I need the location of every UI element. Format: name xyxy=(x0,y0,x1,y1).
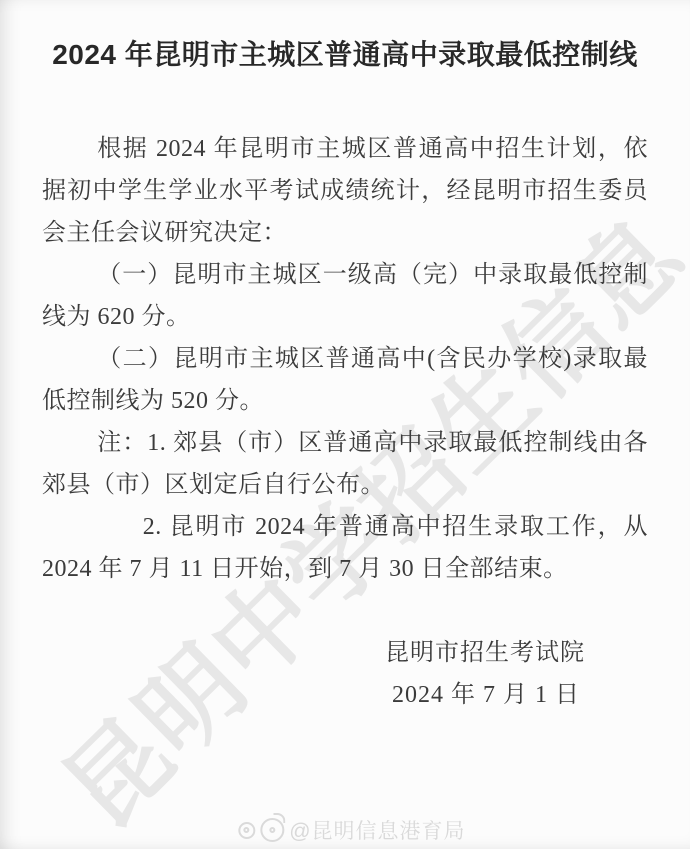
issue-date: 2024 年 7 月 1 日 xyxy=(42,674,648,716)
weibo-watermark: @昆明信息港育局 xyxy=(238,815,465,845)
paragraph-group: 根据 2024 年昆明市主城区普通高中招生计划，依据初中学生学业水平考试成绩统计… xyxy=(42,128,648,590)
paragraph-note-1: 注：1. 郊县（市）区普通高中录取最低控制线由各郊县（市）区划定后自行公布。 xyxy=(42,422,648,506)
document-page: 昆明中学招生信息 2024 年昆明市主城区普通高中录取最低控制线 根据 2024… xyxy=(0,0,690,849)
paragraph-item-2: （二）昆明市主城区普通高中(含民办学校)录取最低控制线为 520 分。 xyxy=(42,338,648,422)
weibo-eye-icon xyxy=(238,822,255,839)
signature-block: 昆明市招生考试院 2024 年 7 月 1 日 xyxy=(42,632,648,716)
paragraph-note-2: 2. 昆明市 2024 年普通高中招生录取工作，从 2024 年 7 月 11 … xyxy=(42,506,648,590)
document-body: 2024 年昆明市主城区普通高中录取最低控制线 根据 2024 年昆明市主城区普… xyxy=(0,0,690,716)
weibo-eye-pupil xyxy=(269,827,275,833)
weibo-watermark-text: @昆明信息港育局 xyxy=(289,815,465,845)
weibo-eye-pupil xyxy=(244,827,250,833)
weibo-eye-icon xyxy=(260,818,284,842)
paragraph-intro: 根据 2024 年昆明市主城区普通高中招生计划，依据初中学生学业水平考试成绩统计… xyxy=(42,128,648,254)
paragraph-item-1: （一）昆明市主城区一级高（完）中录取最低控制线为 620 分。 xyxy=(42,254,648,338)
document-title: 2024 年昆明市主城区普通高中录取最低控制线 xyxy=(42,0,648,72)
issuing-authority: 昆明市招生考试院 xyxy=(42,632,648,674)
